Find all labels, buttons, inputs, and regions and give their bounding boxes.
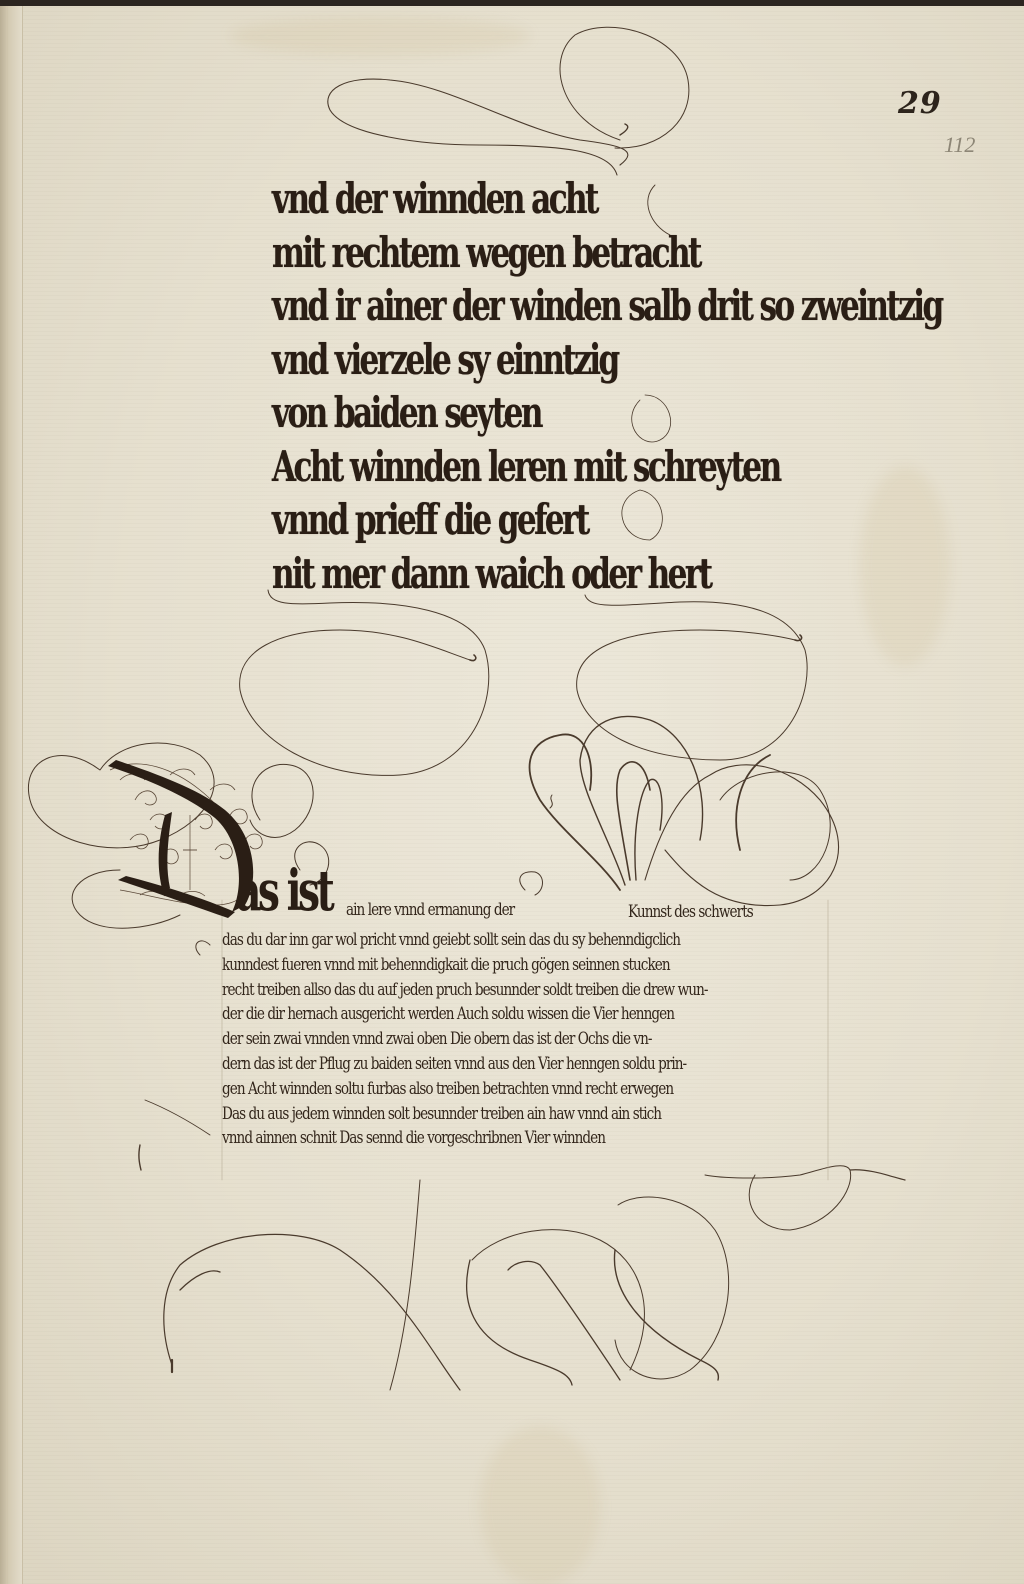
pencil-foliation: 112: [944, 132, 975, 158]
water-stain: [230, 16, 530, 56]
prose-line: das du dar inn gar wol pricht vnnd geieb…: [222, 928, 718, 953]
verse-block: vnd der winnden acht mit rechtem wegen b…: [272, 172, 775, 600]
incipit-text: as ist: [236, 858, 331, 924]
verse-line: vnd vierzele sy einntzig: [272, 333, 775, 387]
page-gutter: [0, 6, 23, 1584]
verse-line: Acht winnden leren mit schreyten: [272, 440, 775, 494]
verse-line: vnnd prieff die gefert: [272, 493, 775, 547]
prose-line: vnnd ainnen schnit Das sennd die vorgesc…: [222, 1126, 718, 1151]
prose-line: dern das ist der Pflug zu baiden seiten …: [222, 1052, 718, 1077]
water-stain: [860, 466, 950, 666]
verse-line: mit rechtem wegen betracht: [272, 226, 775, 280]
prose-line: Das du aus jedem winnden solt besunnder …: [222, 1102, 718, 1127]
prose-line: kunndest fueren vnnd mit behenndigkait d…: [222, 953, 718, 978]
verse-line: vnd der winnden acht: [272, 172, 775, 226]
prose-line: recht treiben allso das du auf jeden pru…: [222, 978, 718, 1003]
verse-line: vnd ir ainer der winden salb drit so zwe…: [272, 279, 775, 333]
verse-line: nit mer dann waich oder hert: [272, 547, 775, 601]
binding-edge: [6, 6, 8, 1584]
prose-line: der sein zwai vnnden vnnd zwai oben Die …: [222, 1027, 718, 1052]
verse-line: von baiden seyten: [272, 386, 775, 440]
prose-line: gen Acht winnden soltu furbas also treib…: [222, 1077, 718, 1102]
water-stain: [480, 1426, 600, 1584]
prose-first-line-right: Kunnst des schwerts: [628, 902, 753, 922]
folio-number: 29: [898, 86, 942, 121]
prose-block: das du dar inn gar wol pricht vnnd geieb…: [222, 928, 718, 1151]
prose-line: der die dir hernach ausgericht werden Au…: [222, 1002, 718, 1027]
prose-first-line: ain lere vnnd ermanung der: [346, 900, 514, 920]
